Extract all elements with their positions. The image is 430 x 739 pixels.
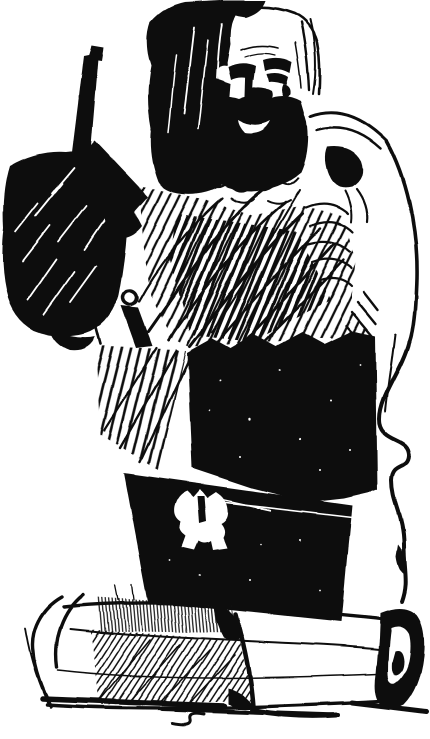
collar-stroke bbox=[357, 189, 367, 221]
cheek-mark bbox=[282, 84, 291, 97]
beard-mass bbox=[206, 96, 308, 192]
beard: Full dark beard and moustache bbox=[206, 96, 308, 204]
ink-illustration: Black-and-white ink drawing of a long-ha… bbox=[0, 0, 430, 739]
illustration: Shaggy fur pelt Rifle barrel over the sh… bbox=[2, 0, 426, 724]
cloak-right-edge-wavy bbox=[380, 342, 410, 602]
strap-bead bbox=[123, 291, 137, 305]
right-eye bbox=[267, 73, 288, 85]
hood-collar: Cloak hood and thrown-back collar bbox=[311, 113, 387, 222]
ribbon-squiggle bbox=[172, 713, 204, 724]
collar-arc-inner bbox=[317, 128, 381, 149]
neck-strokes bbox=[231, 198, 291, 204]
illustration-page: Black-and-white ink drawing of a long-ha… bbox=[0, 0, 430, 739]
collar-arc bbox=[311, 113, 387, 141]
bag-body bbox=[187, 331, 378, 502]
forehead-line bbox=[245, 53, 275, 57]
cloak-right-edge bbox=[387, 142, 417, 342]
head: Bearded man in hooded cloak Long dark ha… bbox=[147, 0, 320, 204]
collar-stroke bbox=[345, 191, 351, 222]
sleeve-hatch-region bbox=[96, 346, 186, 470]
forehead-line bbox=[241, 46, 278, 50]
right-brow bbox=[263, 58, 292, 73]
cloak-edge-inner bbox=[386, 334, 396, 412]
collar-knot bbox=[325, 147, 363, 188]
rifle-muzzle bbox=[88, 45, 104, 60]
strap-lower bbox=[121, 306, 152, 348]
quill-hatch bbox=[90, 629, 252, 705]
scroll-left-hooks bbox=[25, 595, 83, 707]
